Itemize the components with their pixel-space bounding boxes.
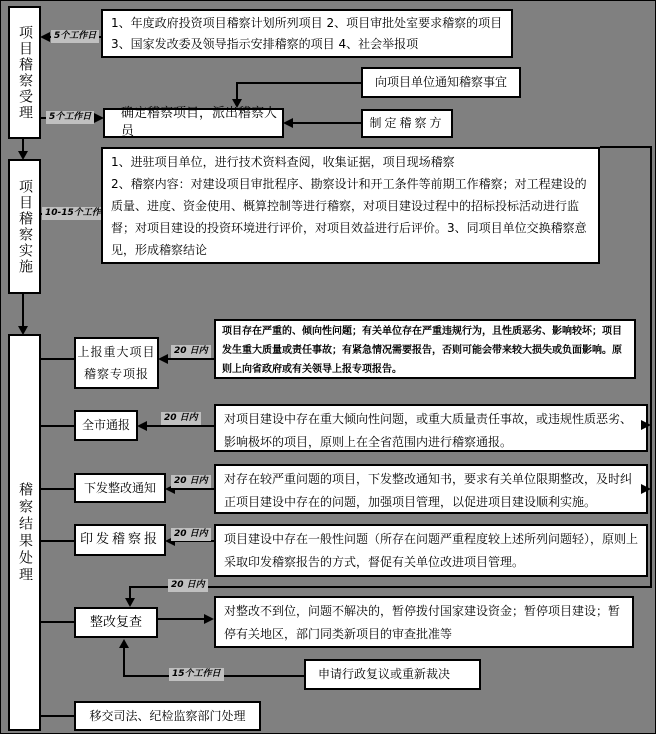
connector-recheck-desc xyxy=(158,618,206,620)
arrowhead-right-trunk-notice xyxy=(641,420,651,430)
recheck-box: 整改复查 xyxy=(74,607,158,638)
duration-label-5days-out: 5个工作日 xyxy=(46,111,94,124)
connector-trunk-vertical xyxy=(650,146,652,588)
desc-notice-box: 对项目建设中存在重大倾向性问题，或重大质量责任事故，或违规性质恶劣、影响极坏的项… xyxy=(214,404,648,452)
connector-trunk-top xyxy=(600,146,652,148)
duration-label-20days-recheck: 20 日内 xyxy=(168,579,208,592)
duration-label-20days-rectify: 20 日内 xyxy=(171,475,211,488)
connector-s3-report xyxy=(41,358,74,360)
connector-descreport-report xyxy=(167,358,214,360)
arrowhead-right-trunk-rectify xyxy=(641,484,651,494)
connector-descrectify-rectify xyxy=(174,488,214,490)
stage-box-implementation: 项目稽察实施 xyxy=(8,159,41,294)
arrowhead-down-stage3 xyxy=(18,326,28,335)
make-plan-box: 制定稽察方 xyxy=(361,109,453,138)
duration-label-15days: 15个工作日 xyxy=(169,668,224,681)
duration-label-20days-notice: 20 日内 xyxy=(161,412,201,425)
notify-unit-box: 向项目单位通知稽察事宜 xyxy=(361,67,521,98)
desc-print-box: 项目建设中存在一般性问题（所存在问题严重程度较上述所列问题轻），原则上采取印发稽… xyxy=(214,524,648,577)
desc-report-box: 项目存在严重的、倾向性问题；有关单位存在严重违规行为，且性质恶劣、影响较坏；项目… xyxy=(214,319,636,379)
stage-box-result-handling: 稽察结果处理 xyxy=(8,334,41,731)
connector-notify-h xyxy=(236,82,361,84)
connector-s3-recheck xyxy=(41,621,74,623)
project-sources-box: 1、年度政府投资项目稽察计划所列项目 2、项目审批处室要求稽察的项目 3、国家发… xyxy=(101,9,513,58)
arrowhead-left-determine xyxy=(283,118,293,128)
connector-appeal-v xyxy=(123,647,125,677)
duration-label-20days-report: 20 日内 xyxy=(171,345,211,358)
arrowhead-right-descrecheck xyxy=(204,614,214,624)
appeal-box: 申请行政复议或重新裁决 xyxy=(304,659,481,690)
connector-s3-rectify xyxy=(41,488,74,490)
desc-recheck-box: 对整改不到位，问题不解决的，暂停拨付国家建设资金；暂停项目建设；暂停有关地区，部… xyxy=(214,596,634,648)
arrowhead-down-recheck xyxy=(125,598,135,607)
duration-label-5days-in: 5个工作日 xyxy=(51,30,99,43)
arrowhead-down-determine xyxy=(232,99,242,108)
arrowhead-down-stage2 xyxy=(18,151,28,160)
implementation-content-box: 1、进驻项目单位，进行技术资料查阅，收集证据，项目现场稽察 2、稽察内容：对建设… xyxy=(101,147,600,264)
connector-s3-print xyxy=(41,540,74,542)
desc-rectify-box: 对存在较严重问题的项目，下发整改通知书，要求有关单位限期整改，及时纠正项目建设中… xyxy=(214,464,648,514)
flowchart-canvas: 项目稽察受理 项目稽察实施 稽察结果处理 1、年度政府投资项目稽察计划所列项目 … xyxy=(0,0,656,734)
connector-stage2-stage3 xyxy=(22,294,24,327)
connector-plan-h xyxy=(292,122,361,124)
city-notice-box: 全市通报 xyxy=(74,410,138,441)
arrowhead-left-notice xyxy=(137,421,147,431)
rectify-notice-box: 下发整改通知 xyxy=(74,473,166,503)
stage-box-acceptance: 项目稽察受理 xyxy=(8,6,41,139)
determine-project-box: 确定稽察项目，派出稽察人员 xyxy=(103,108,284,138)
duration-label-20days-print: 20 日内 xyxy=(171,528,211,541)
connector-s3-notice xyxy=(41,425,74,427)
arrowhead-up-recheck xyxy=(119,639,129,648)
arrowhead-left-report xyxy=(158,354,168,364)
print-report-box: 印发稽察报 xyxy=(74,524,166,556)
connector-s3-transfer xyxy=(41,715,74,717)
transfer-judiciary-box: 移交司法、纪检监察部门处理 xyxy=(74,701,261,731)
connector-notify-v xyxy=(236,82,238,100)
arrowhead-left-acceptance xyxy=(40,32,50,42)
connector-descnotice-notice xyxy=(146,425,214,427)
report-major-box: 上报重大项目 稽察专项报 xyxy=(74,337,159,389)
